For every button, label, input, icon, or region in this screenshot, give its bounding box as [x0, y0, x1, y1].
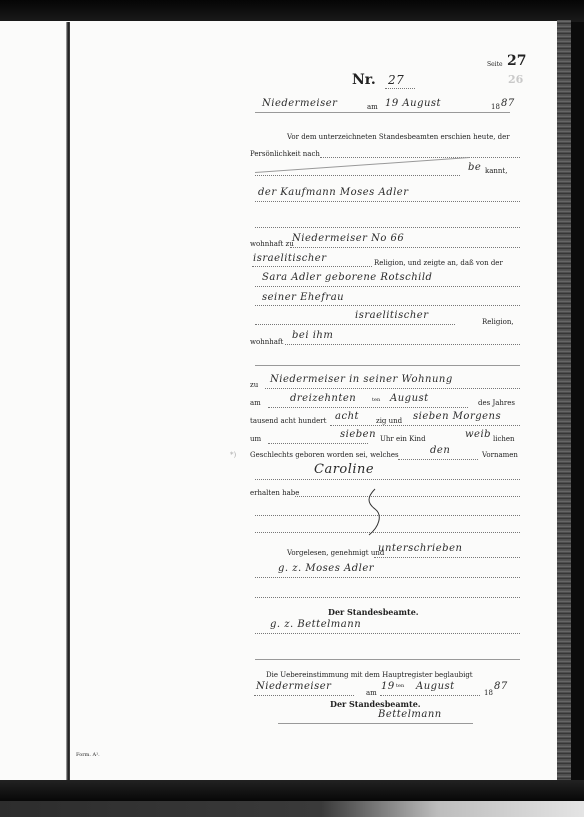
religion-value: israelitischer	[253, 253, 326, 264]
mother-name: Sara Adler geborene Rotschild	[262, 272, 432, 283]
born-label: Geschlechts geboren worden sei, welches	[250, 451, 399, 459]
form-label: Form. A¹.	[76, 752, 100, 758]
sex-suffix: lichen	[493, 435, 515, 443]
rule	[255, 175, 460, 176]
certification-text: Die Uebereinstimmung mit dem Hauptregist…	[266, 671, 473, 679]
rule	[255, 659, 520, 660]
cert-day-sup: ten	[396, 683, 404, 689]
received-label: erhalten habe	[250, 489, 299, 497]
rule	[278, 723, 473, 724]
decade: acht	[335, 411, 359, 422]
void-bracket-mark	[365, 487, 385, 537]
hour-label: um	[250, 435, 261, 443]
margin-mark: *)	[230, 451, 236, 459]
religion-suffix: Religion, und zeigte an, daß von der	[374, 259, 503, 267]
book-bottom-edge	[0, 780, 584, 802]
cert-day: 19	[381, 681, 395, 692]
rule	[255, 479, 520, 480]
rule	[295, 496, 520, 497]
entry-number: 27	[388, 73, 404, 87]
mother-residence-label: wohnhaft	[250, 338, 283, 346]
birth-year-label: des Jahres	[478, 399, 515, 407]
rule	[380, 695, 480, 696]
cert-date-connector: am	[366, 689, 377, 697]
registration-place: Niedermeiser	[262, 98, 337, 109]
informant-name: der Kaufmann Moses Adler	[258, 187, 409, 198]
rule	[255, 286, 520, 287]
rule	[255, 597, 520, 598]
year-prefix: 18	[491, 103, 500, 111]
registrar-heading: Der Standesbeamte.	[328, 607, 419, 617]
page-number: 27	[507, 53, 526, 69]
rule	[255, 201, 520, 202]
date-connector: am	[367, 103, 378, 111]
rule	[265, 388, 520, 389]
rule	[385, 88, 415, 89]
informant-signature: g. z. Moses Adler	[278, 563, 374, 574]
rule	[254, 695, 354, 696]
residence-value: Niedermeiser No 66	[292, 233, 404, 244]
intro-text: Vor dem unterzeichneten Standesbeamten e…	[287, 133, 510, 141]
cert-registrar-signature: Bettelmann	[378, 709, 442, 720]
scan-footer-line	[6, 806, 584, 811]
cert-month: August	[416, 681, 455, 692]
rule	[330, 425, 520, 426]
entry-label: Nr.	[352, 72, 376, 88]
year-suffix: 87	[501, 98, 515, 109]
identity-suffix: kannt,	[485, 167, 507, 175]
rule	[255, 577, 520, 578]
thousand-label: tausend acht hundert	[250, 417, 326, 425]
register-page: 26 Seite 27 Nr. 27 Niedermeiser am 19 Au…	[0, 21, 557, 784]
mother-residence: bei ihm	[292, 330, 333, 341]
mother-religion-label: Religion,	[482, 318, 514, 326]
hour: sieben	[340, 429, 376, 440]
given-names-label: Vornamen	[482, 451, 518, 459]
child-sex: weib	[465, 429, 491, 440]
page-label: Seite	[487, 61, 503, 68]
given-names-pre: den	[430, 445, 450, 456]
book-top-edge	[0, 0, 584, 22]
faded-page-stamp: 26	[508, 73, 523, 86]
read-approved-value: unterschrieben	[378, 543, 462, 554]
birth-month-sup: ten	[372, 397, 380, 403]
rule	[285, 344, 520, 345]
rule	[398, 459, 478, 460]
rule	[320, 157, 520, 158]
birth-day: dreizehnten	[290, 393, 356, 404]
registration-date: 19 August	[385, 98, 441, 109]
mother-religion: israelitischer	[355, 310, 428, 321]
cert-year-prefix: 18	[484, 689, 493, 697]
mother-relation: seiner Ehefrau	[262, 292, 344, 303]
identity-label: Persönlichkeit nach	[250, 150, 320, 158]
time-of-day: sieben Morgens	[413, 411, 501, 422]
rule	[268, 407, 468, 408]
residence-label: wohnhaft zu	[250, 240, 294, 248]
cert-year-suffix: 87	[494, 681, 508, 692]
birth-month: August	[390, 393, 429, 404]
rule	[268, 443, 368, 444]
rule	[255, 324, 455, 325]
rule	[252, 266, 372, 267]
birth-day-label: am	[250, 399, 261, 407]
rule	[255, 305, 520, 306]
rule	[374, 557, 520, 558]
rule	[255, 532, 520, 533]
read-approved-label: Vorgelesen, genehmigt und	[287, 549, 384, 557]
decade-suffix: zig und	[376, 417, 402, 425]
rule	[255, 365, 520, 366]
scan-footer-strip	[0, 801, 584, 817]
page-stack-edge	[557, 20, 571, 786]
identity-value: be	[468, 162, 481, 173]
rule	[255, 515, 520, 516]
birth-place: Niedermeiser in seiner Wohnung	[270, 374, 453, 385]
cert-place: Niedermeiser	[256, 681, 331, 692]
cert-registrar-heading: Der Standesbeamte.	[330, 699, 421, 709]
book-gutter	[66, 22, 70, 784]
rule	[255, 112, 510, 113]
rule	[255, 633, 520, 634]
registrar-signature: g. z. Bettelmann	[270, 619, 361, 630]
birth-place-label: zu	[250, 381, 258, 389]
rule	[290, 247, 520, 248]
child-given-name: Caroline	[314, 462, 374, 477]
hour-suffix: Uhr ein Kind	[380, 435, 426, 443]
rule	[255, 227, 520, 228]
strike-line	[255, 157, 470, 173]
